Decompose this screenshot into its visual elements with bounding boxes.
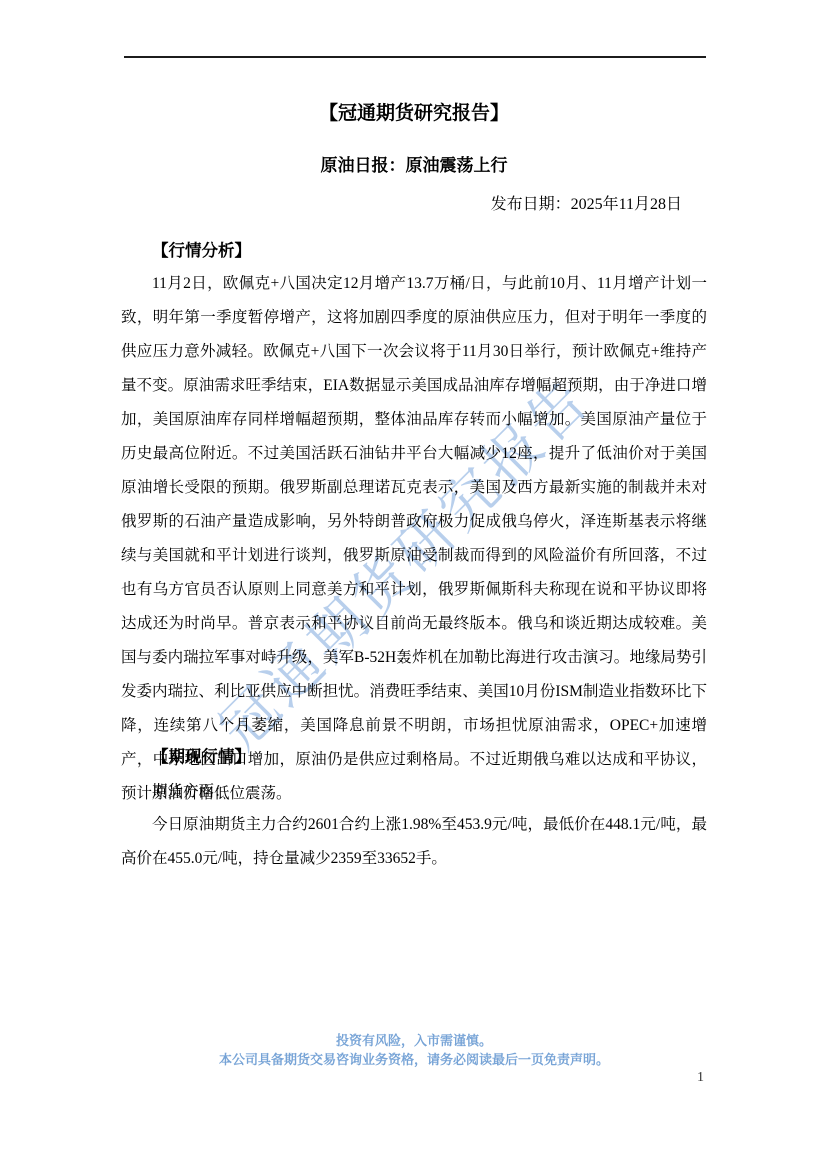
report-subtitle: 原油日报：原油震荡上行 [121, 151, 707, 181]
footer-qualification-line: 本公司具备期货交易咨询业务资格，请务必阅读最后一页免责声明。 [0, 1050, 828, 1069]
footer-disclaimer: 投资有风险，入市需谨慎。 本公司具备期货交易咨询业务资格，请务必阅读最后一页免责… [0, 1031, 828, 1069]
header-rule [124, 56, 706, 58]
report-page: 冠通期货研究报告 【冠通期货研究报告】 原油日报：原油震荡上行 发布日期：202… [0, 0, 828, 1170]
page-number: 1 [697, 1068, 704, 1088]
footer-risk-line: 投资有风险，入市需谨慎。 [0, 1031, 828, 1050]
futures-detail-paragraph: 今日原油期货主力合约2601合约上涨1.98%至453.9元/吨，最低价在448… [121, 808, 707, 876]
section-heading-market-analysis: 【行情分析】 [121, 236, 707, 266]
section-heading-futures-spot: 【期现行情】 [121, 742, 707, 772]
report-title: 【冠通期货研究报告】 [121, 99, 707, 129]
publish-date: 发布日期：2025年11月28日 [121, 190, 707, 220]
futures-aspect-label: 期货方面： [121, 777, 707, 807]
market-analysis-paragraph: 11月2日，欧佩克+八国决定12月增产13.7万桶/日，与此前10月、11月增产… [121, 267, 707, 811]
